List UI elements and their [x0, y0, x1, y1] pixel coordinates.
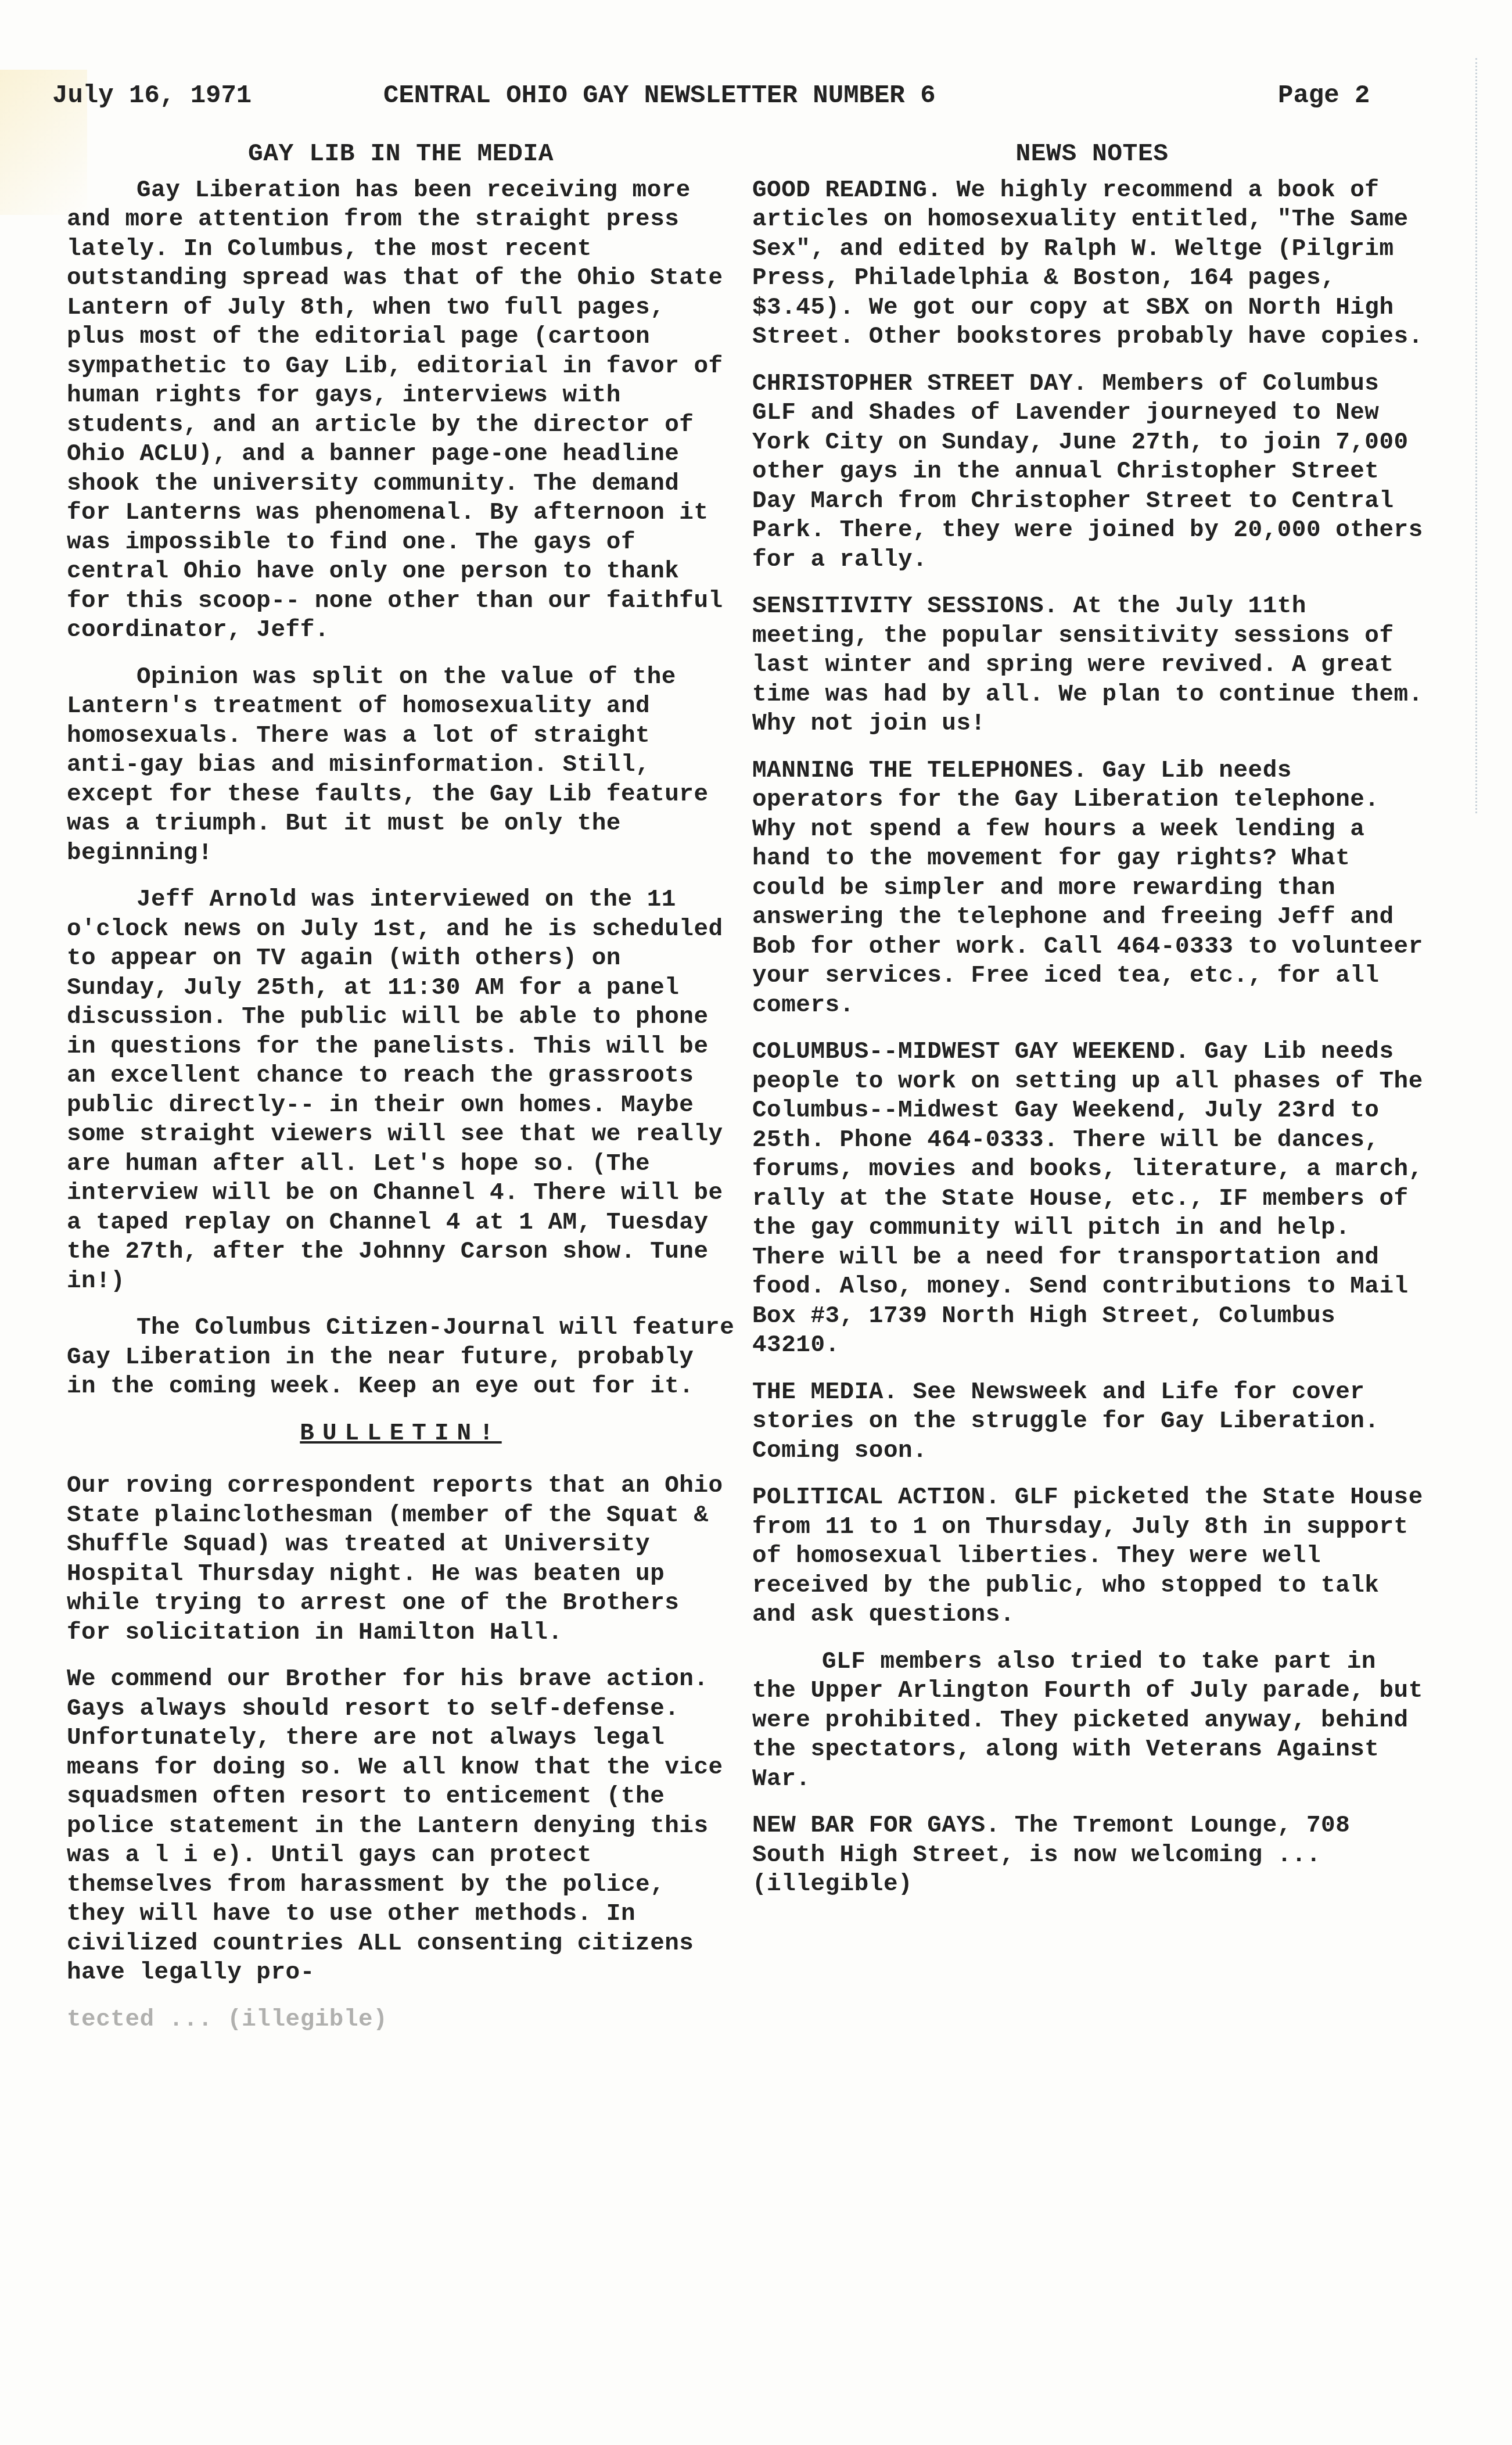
- page-header: July 16, 1971 CENTRAL OHIO GAY NEWSLETTE…: [0, 81, 1512, 116]
- newsletter-page: July 16, 1971 CENTRAL OHIO GAY NEWSLETTE…: [0, 0, 1512, 2445]
- page-number: Page 2: [1278, 81, 1370, 110]
- section-heading-media: GAY LIB IN THE MEDIA: [67, 139, 735, 169]
- paragraph-faded: tected ... (illegible): [67, 2005, 735, 2035]
- news-item: NEW BAR FOR GAYS. The Tremont Lounge, 70…: [752, 1811, 1432, 1900]
- news-item: SENSITIVITY SESSIONS. At the July 11th m…: [752, 592, 1432, 739]
- section-heading-news-notes: NEWS NOTES: [752, 139, 1432, 169]
- news-item: COLUMBUS--MIDWEST GAY WEEKEND. Gay Lib n…: [752, 1037, 1432, 1360]
- news-item: GOOD READING. We highly recommend a book…: [752, 176, 1432, 352]
- issue-date: July 16, 1971: [52, 81, 252, 110]
- newsletter-title: CENTRAL OHIO GAY NEWSLETTER NUMBER 6: [383, 81, 936, 110]
- news-item: GLF members also tried to take part in t…: [752, 1647, 1432, 1794]
- paragraph: Jeff Arnold was interviewed on the 11 o'…: [67, 885, 735, 1296]
- news-item: POLITICAL ACTION. GLF picketed the State…: [752, 1483, 1432, 1630]
- right-column: NEWS NOTES GOOD READING. We highly recom…: [752, 139, 1432, 1917]
- bulletin-heading: BULLETIN!: [67, 1419, 735, 1449]
- news-item: THE MEDIA. See Newsweek and Life for cov…: [752, 1378, 1432, 1466]
- paragraph: The Columbus Citizen-Journal will featur…: [67, 1313, 735, 1402]
- paragraph: Our roving correspondent reports that an…: [67, 1471, 735, 1647]
- paragraph: We commend our Brother for his brave act…: [67, 1665, 735, 1988]
- left-column: GAY LIB IN THE MEDIA Gay Liberation has …: [67, 139, 735, 2052]
- news-item: CHRISTOPHER STREET DAY. Members of Colum…: [752, 369, 1432, 575]
- paragraph: Gay Liberation has been receiving more a…: [67, 176, 735, 645]
- paragraph: Opinion was split on the value of the La…: [67, 663, 735, 868]
- page-edge-marks: [1475, 58, 1500, 813]
- news-item: MANNING THE TELEPHONES. Gay Lib needs op…: [752, 756, 1432, 1021]
